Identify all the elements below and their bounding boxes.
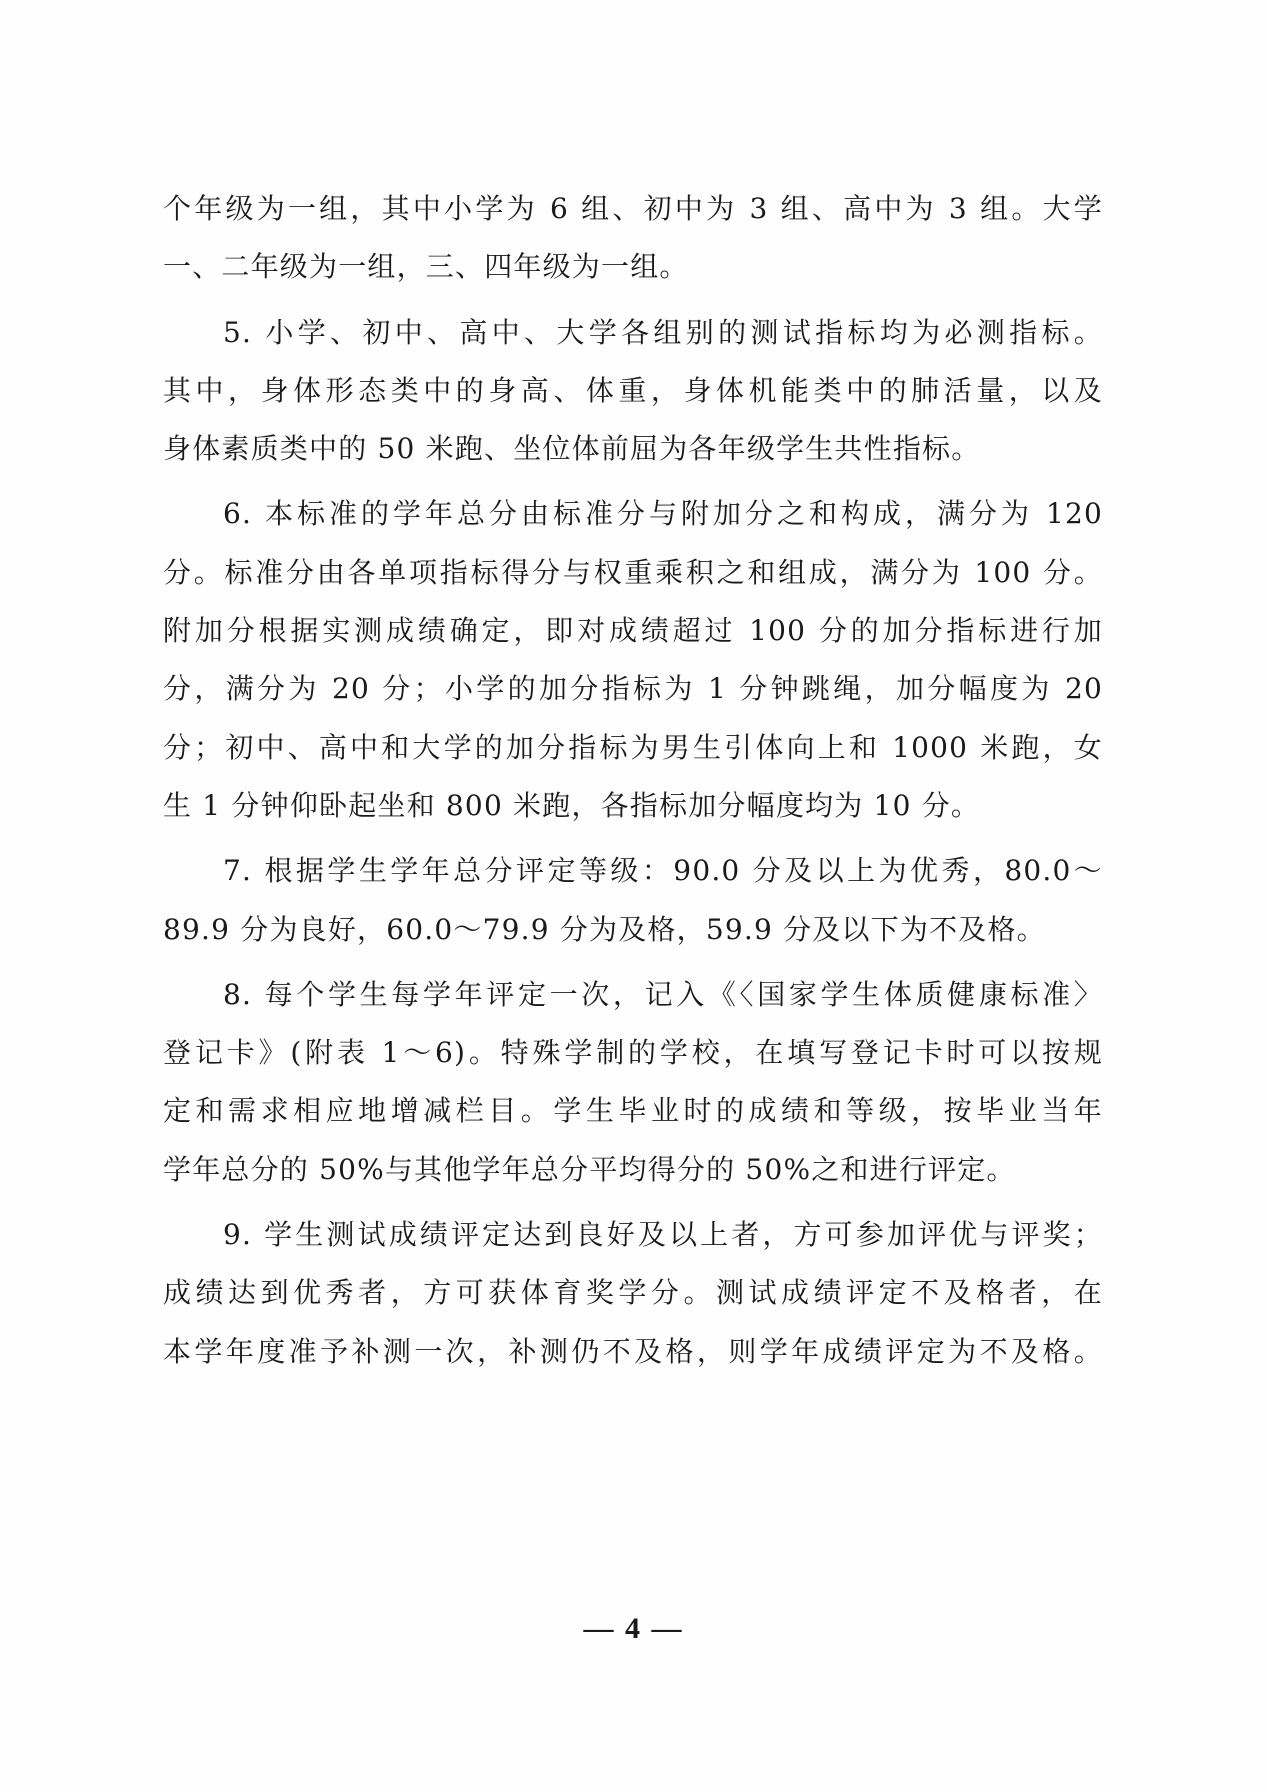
text-line: 一、二年级为一组，三、四年级为一组。 [163, 238, 1103, 296]
paragraph-5-required-indicators: 5. 小学、初中、高中、大学各组别的测试指标均为必测指标。 其中，身体形态类中的… [163, 304, 1103, 479]
text-line: 本学年度准予补测一次，补测仍不及格，则学年成绩评定为不及格。 [163, 1323, 1103, 1381]
text-line: 分。标准分由各单项指标得分与权重乘积之和组成，满分为 100 分。 [163, 544, 1103, 602]
text-line: 定和需求相应地增减栏目。学生毕业时的成绩和等级，按毕业当年 [163, 1082, 1103, 1140]
text-line: 6. 本标准的学年总分由标准分与附加分之和构成，满分为 120 [163, 485, 1103, 543]
text-line: 7. 根据学生学年总分评定等级：90.0 分及以上为优秀，80.0～ [163, 842, 1103, 900]
paragraph-9-awards-retest: 9. 学生测试成绩评定达到良好及以上者，方可参加评优与评奖； 成绩达到优秀者，方… [163, 1206, 1103, 1381]
text-line: 分；初中、高中和大学的加分指标为男生引体向上和 1000 米跑，女 [163, 719, 1103, 777]
body-text: 个年级为一组，其中小学为 6 组、初中为 3 组、高中为 3 组。大学 一、二年… [163, 180, 1103, 1381]
text-line: 成绩达到优秀者，方可获体育奖学分。测试成绩评定不及格者，在 [163, 1264, 1103, 1322]
text-line: 其中，身体形态类中的身高、体重，身体机能类中的肺活量，以及 [163, 362, 1103, 420]
text-line: 学年总分的 50%与其他学年总分平均得分的 50%之和进行评定。 [163, 1141, 1103, 1199]
text-line: 89.9 分为良好，60.0～79.9 分为及格，59.9 分及以下为不及格。 [163, 901, 1103, 959]
text-line: 个年级为一组，其中小学为 6 组、初中为 3 组、高中为 3 组。大学 [163, 180, 1103, 238]
page-number: — 4 — [0, 1612, 1267, 1646]
document-page: 个年级为一组，其中小学为 6 组、初中为 3 组、高中为 3 组。大学 一、二年… [0, 0, 1267, 1792]
text-line: 5. 小学、初中、高中、大学各组别的测试指标均为必测指标。 [163, 304, 1103, 362]
text-line: 登记卡》(附表 1～6)。特殊学制的学校，在填写登记卡时可以按规 [163, 1024, 1103, 1082]
paragraph-6-total-score: 6. 本标准的学年总分由标准分与附加分之和构成，满分为 120 分。标准分由各单… [163, 485, 1103, 835]
text-line: 8. 每个学生每学年评定一次，记入《〈国家学生体质健康标准〉 [163, 966, 1103, 1024]
paragraph-grouping-continuation: 个年级为一组，其中小学为 6 组、初中为 3 组、高中为 3 组。大学 一、二年… [163, 180, 1103, 297]
paragraph-8-registration-card: 8. 每个学生每学年评定一次，记入《〈国家学生体质健康标准〉 登记卡》(附表 1… [163, 966, 1103, 1199]
text-line: 9. 学生测试成绩评定达到良好及以上者，方可参加评优与评奖； [163, 1206, 1103, 1264]
text-line: 分，满分为 20 分；小学的加分指标为 1 分钟跳绳，加分幅度为 20 [163, 660, 1103, 718]
paragraph-7-grading-levels: 7. 根据学生学年总分评定等级：90.0 分及以上为优秀，80.0～ 89.9 … [163, 842, 1103, 959]
text-line: 生 1 分钟仰卧起坐和 800 米跑，各指标加分幅度均为 10 分。 [163, 777, 1103, 835]
text-line: 附加分根据实测成绩确定，即对成绩超过 100 分的加分指标进行加 [163, 602, 1103, 660]
text-line: 身体素质类中的 50 米跑、坐位体前屈为各年级学生共性指标。 [163, 420, 1103, 478]
